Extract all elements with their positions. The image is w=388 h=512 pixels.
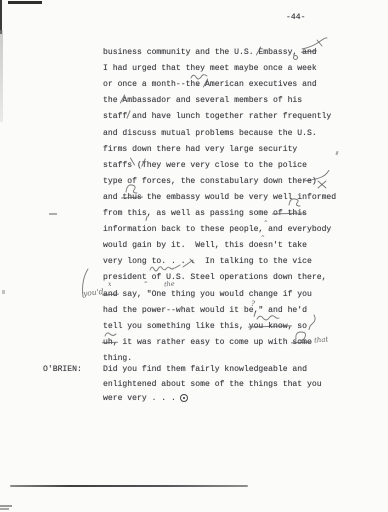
typed-line: I had urged that they meet maybe once a …: [103, 64, 317, 74]
handwritten-question-mark: ?: [251, 299, 255, 308]
typed-circle-dot-end-mark: [180, 394, 188, 402]
typed-line: and discuss mutual problems because the …: [103, 129, 317, 139]
typed-line: thing.: [103, 354, 132, 364]
pencil-loop-above-some: [294, 331, 308, 341]
scan-artifact-corner-dash-1: [0, 505, 12, 507]
pencil-squiggle-above-uh: [104, 329, 118, 338]
pencil-caret: ^: [196, 84, 200, 91]
handwritten-youd-insert: you'd: [83, 287, 104, 298]
pencil-caret: ^: [144, 281, 148, 288]
typed-line: uh, it was rather easy to come up with s…: [103, 338, 312, 348]
pencil-tick-flourish: [182, 257, 197, 268]
typed-line: and say, "One thing you would change if …: [103, 290, 312, 300]
typed-line: and thus the embassy would be very well …: [103, 193, 336, 203]
pencil-loop-above-of-this: [287, 197, 301, 207]
typed-line: were very . . .: [103, 394, 181, 404]
page-number: -44-: [286, 13, 305, 23]
typed-line: or once a month--the American executives…: [103, 80, 317, 90]
pencil-loop-above-thus: [124, 183, 138, 194]
scan-artifact-right-tick: [335, 151, 338, 155]
handwritten-x-mark: x: [108, 281, 111, 288]
scanned-transcript-page: -44- business community and the U.S. Emb…: [0, 0, 388, 512]
scan-artifact-corner-dash-2: [0, 508, 9, 510]
typed-line: Did you find them fairly knowledgeable a…: [103, 365, 307, 375]
pencil-flourish-after-there: [303, 170, 335, 189]
scan-artifact-left-band: [0, 30, 3, 122]
handwritten-that-insert: that: [314, 335, 329, 344]
typed-line: president of U.S. Steel operations down …: [103, 273, 326, 283]
handwritten-the-insert: the: [164, 280, 175, 289]
scan-artifact-left-dot: [2, 290, 5, 294]
typed-line: firms down there had very large security: [103, 145, 297, 155]
typed-line: would gain by it. Well, this doesn't tak…: [103, 241, 307, 251]
pencil-flourish-above-and: [300, 36, 329, 51]
typed-line: enlightened about some of the things tha…: [103, 380, 322, 390]
scan-artifact-top-bar: [8, 1, 42, 4]
typed-line: very long to. . . . In talking to the vi…: [103, 257, 312, 267]
pencil-caret: ^: [261, 235, 265, 242]
typed-line: information back to these people, and ev…: [103, 225, 331, 235]
pencil-flourish-after-so: [305, 313, 318, 330]
typed-line: business community and the U.S. Embassy,…: [103, 48, 317, 58]
pencil-ring-after-embassy: [293, 55, 298, 60]
scan-artifact-left-bar: [0, 0, 2, 34]
typed-line: staff and have lunch together rather fre…: [103, 112, 331, 122]
typed-line: the Ambassador and several members of hi…: [103, 96, 302, 106]
scan-artifact-left-dash: [49, 213, 57, 215]
bottom-rule-line: [10, 485, 248, 487]
pencil-scribble-above-of-us: [149, 263, 182, 272]
speaker-label: O'BRIEN:: [43, 365, 82, 375]
pencil-caret: ^: [264, 220, 268, 227]
pencil-strike-uh: [102, 341, 118, 343]
pencil-squiggle-above-you-know: [256, 312, 281, 321]
